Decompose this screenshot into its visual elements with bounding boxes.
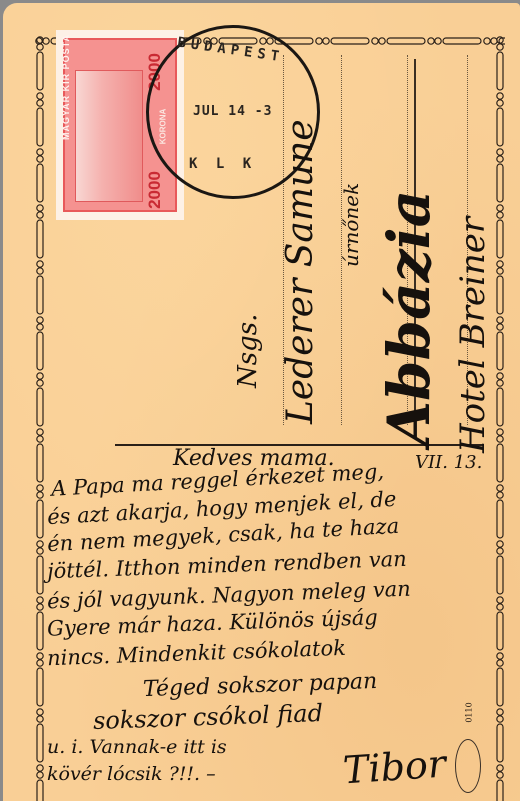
postscript-line: u. i. Vannak-e itt is <box>47 736 227 758</box>
signature: Tibor <box>342 741 448 792</box>
message-line: sokszor csókol fiad <box>93 699 324 735</box>
frame-left-border <box>35 36 45 801</box>
message-line: nincs. Mindenkit csókolatok <box>47 636 347 670</box>
address-hotel: Hotel Breiner <box>453 217 493 453</box>
address-name: Lederer Samune <box>280 119 321 424</box>
small-serial-mark: 0110 <box>465 702 474 722</box>
address-honorific: Nsgs. <box>233 314 263 388</box>
parliament-building-image <box>75 70 143 202</box>
frame-right-border <box>495 36 505 801</box>
address-subtitle: úrnőnek <box>339 183 363 267</box>
address-place: Abbázia <box>375 190 443 446</box>
postcard: MAGYAR KIR POSTA 2000 2000 KORONA BUDAPE… <box>3 3 520 801</box>
message-line: Téged sokszor papan <box>143 669 378 702</box>
signature-oval-stamp <box>455 739 481 793</box>
postmark-date: JUL 14 -3 <box>193 104 272 119</box>
message-date: VII. 13. <box>415 452 482 473</box>
postmark-office: K L K <box>189 156 256 172</box>
chain-border-icon <box>495 36 505 801</box>
stamp-country-text: MAGYAR KIR POSTA <box>61 34 71 140</box>
postmark-city: BUDAPEST <box>176 35 285 66</box>
stamp-denomination-bottom: 2000 <box>145 171 165 209</box>
postscript-line: kövér lócsik ?!!. – <box>47 763 216 785</box>
chain-border-icon <box>35 36 45 801</box>
